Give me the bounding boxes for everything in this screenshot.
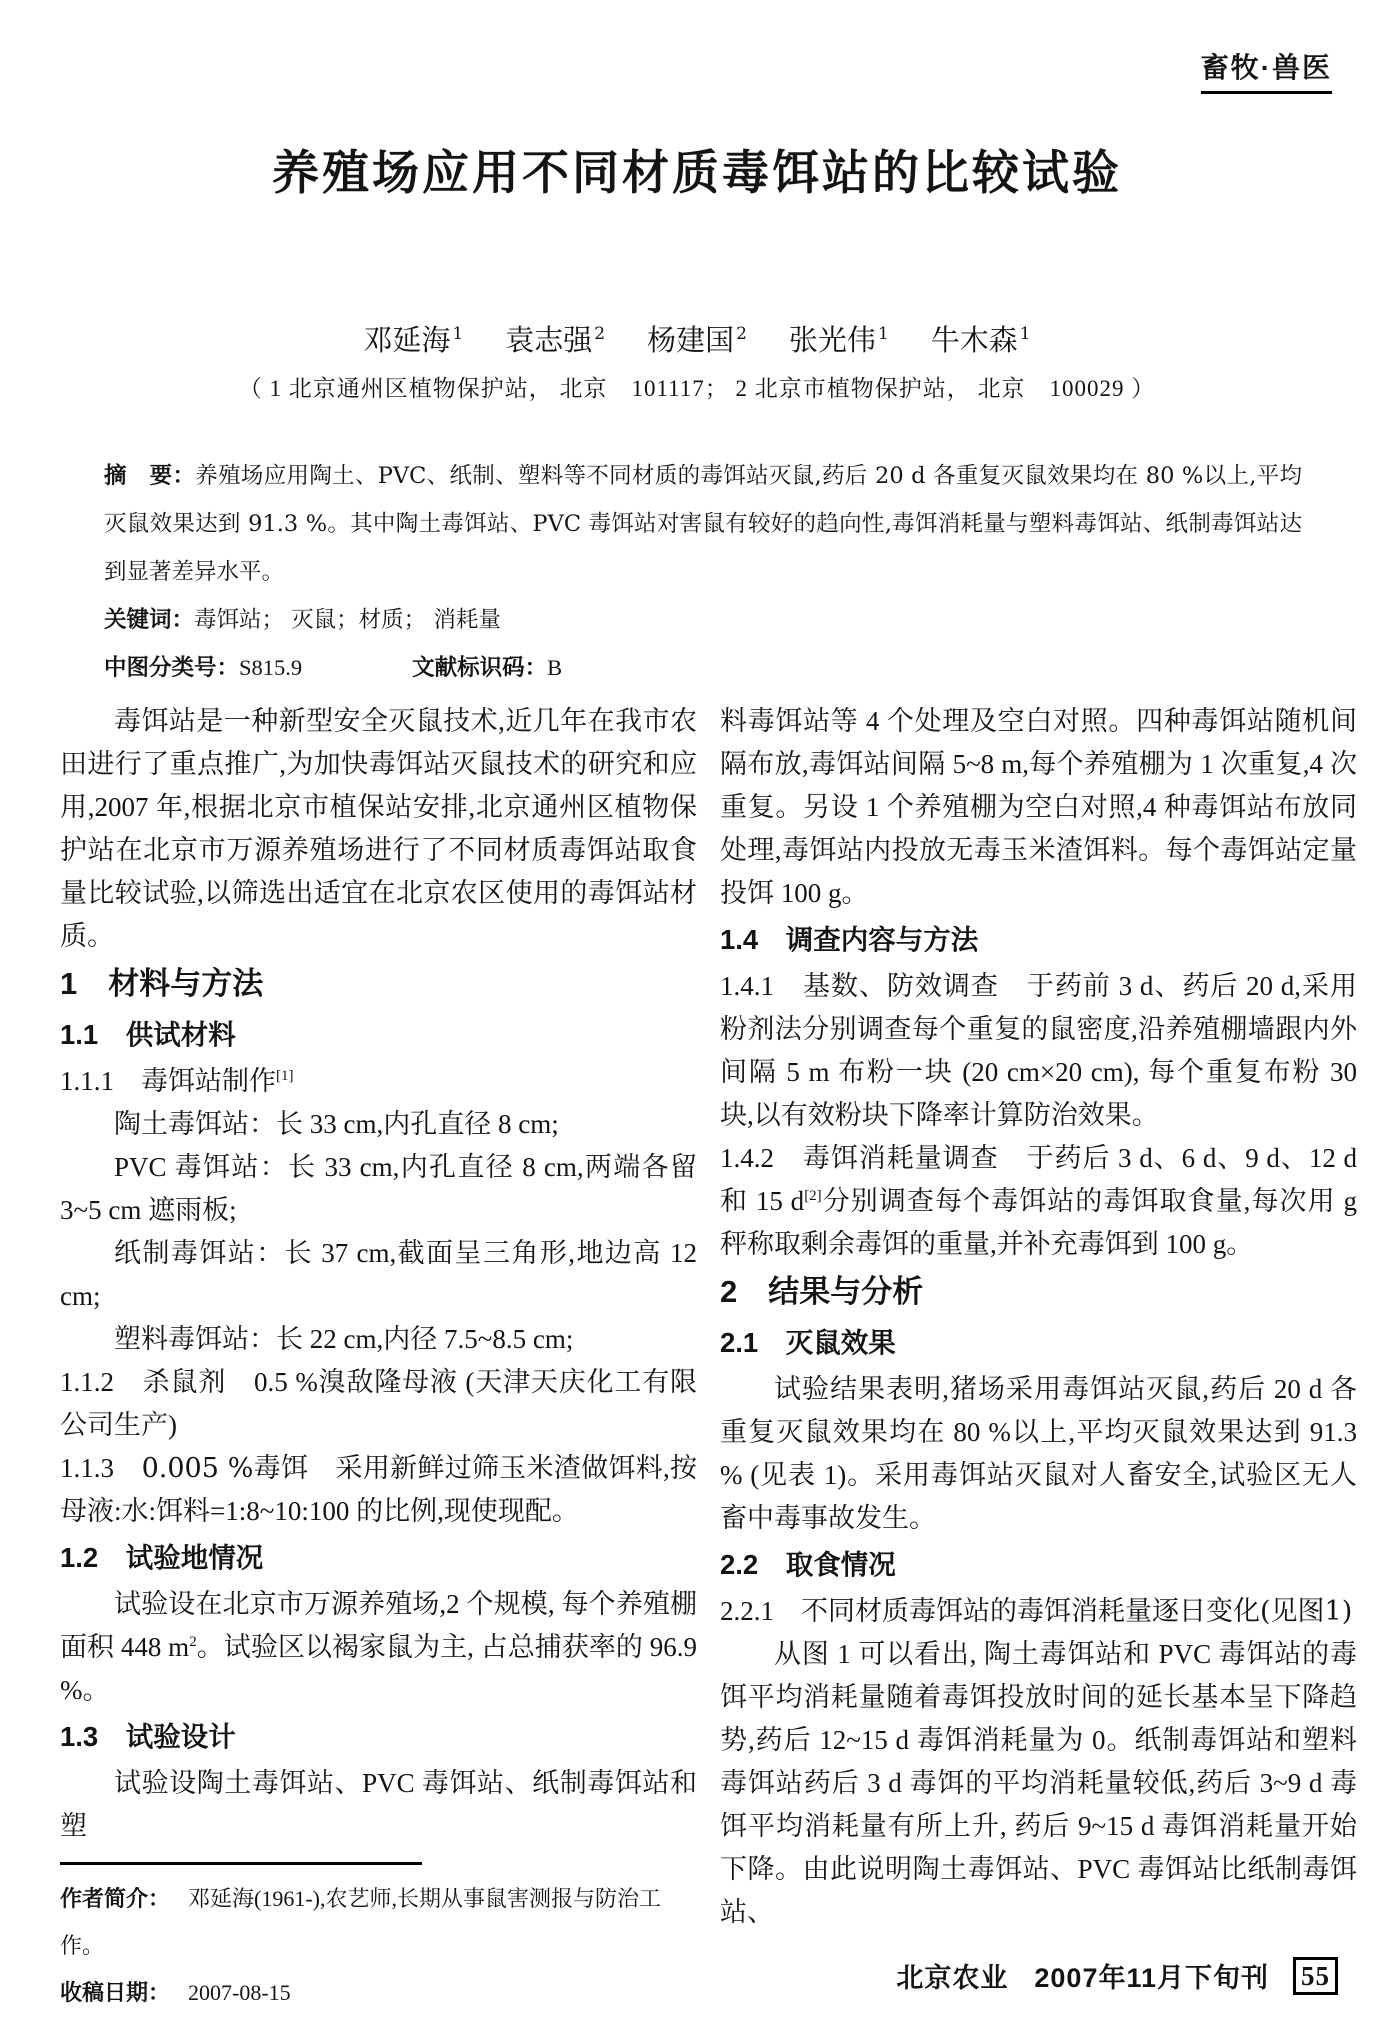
paragraph: 试验设陶土毒饵站、PVC 毒饵站、纸制毒饵站和塑 <box>60 1762 697 1848</box>
footnote-divider <box>60 1862 422 1865</box>
text-run: 基数、防效调查 <box>803 971 999 1002</box>
scanned-paper-page: 畜牧·兽医 养殖场应用不同材质毒饵站的比较试验 邓延海1袁志强2杨建国2张光伟1… <box>0 0 1394 2036</box>
keywords-line: 关键词：毒饵站； 灭鼠；材质； 消耗量 <box>104 596 1302 644</box>
text-run: 毒饵消耗量调查 <box>803 1143 999 1174</box>
section-heading: 1.2 试验地情况 <box>60 1533 697 1583</box>
author: 张光伟1 <box>789 323 889 357</box>
text-run: 试验结果表明,猪场采用毒饵站灭鼠,药后 20 d 各重复灭鼠效果均在 80 %以… <box>720 1374 1357 1533</box>
text-run: 2.2.1 <box>720 1596 801 1626</box>
left-column: 毒饵站是一种新型安全灭鼠技术,近几年在我市农田进行了重点推广,为加快毒饵站灭鼠技… <box>60 700 697 2016</box>
abstract-block: 摘 要：养殖场应用陶土、PVC、纸制、塑料等不同材质的毒饵站灭鼠,药后 20 d… <box>104 452 1302 692</box>
abstract-label: 摘 要： <box>104 463 195 488</box>
keywords-label: 关键词： <box>104 607 194 632</box>
author-affiliation-superscript: 2 <box>594 324 605 344</box>
text-run: 陶土毒饵站：长 33 cm,内孔直径 8 cm; <box>114 1109 559 1139</box>
text-run: 1.1 供试材料 <box>60 1019 236 1050</box>
text-run: 1.3 试验设计 <box>60 1721 236 1752</box>
doc-code-value: B <box>547 655 562 680</box>
journal-name: 北京农业 <box>896 1956 1008 1995</box>
clc-value: S815.9 <box>239 655 302 680</box>
reference-superscript: [2] <box>804 1188 822 1204</box>
section-heading: 1.3 试验设计 <box>60 1712 697 1762</box>
paragraph: 1.1.3 0.005 %毒饵 采用新鲜过筛玉米渣做饵料,按母液:水:饵料=1:… <box>60 1447 697 1533</box>
abstract-text: 养殖场应用陶土、PVC、纸制、塑料等不同材质的毒饵站灭鼠,药后 20 d 各重复… <box>104 463 1302 585</box>
text-run: 0.005 %毒饵 <box>142 1453 309 1484</box>
section-heading: 2.1 灭鼠效果 <box>720 1318 1357 1368</box>
abstract-paragraph: 摘 要：养殖场应用陶土、PVC、纸制、塑料等不同材质的毒饵站灭鼠,药后 20 d… <box>104 452 1302 596</box>
text-run: 1.1.1 <box>60 1066 141 1096</box>
author-affiliation-superscript: 2 <box>736 324 747 344</box>
paragraph: 纸制毒饵站：长 37 cm,截面呈三角形,地边高 12 cm; <box>60 1232 697 1318</box>
footnote-line: 作者简介：邓延海(1961-),农艺师,长期从事鼠害测报与防治工作。 <box>60 1875 697 1969</box>
clc-label: 中图分类号： <box>104 655 239 680</box>
paragraph: 塑料毒饵站：长 22 cm,内径 7.5~8.5 cm; <box>60 1318 697 1361</box>
author-affiliation-superscript: 1 <box>878 324 889 344</box>
text-run: 1 材料与方法 <box>60 966 263 1001</box>
text-run: 料毒饵站等 4 个处理及空白对照。四种毒饵站随机间隔布放,毒饵站间隔 5~8 m… <box>720 706 1357 908</box>
author: 牛木森1 <box>931 323 1031 357</box>
author: 杨建国2 <box>647 323 747 357</box>
body-columns: 毒饵站是一种新型安全灭鼠技术,近几年在我市农田进行了重点推广,为加快毒饵站灭鼠技… <box>60 700 1357 2016</box>
paragraph: 料毒饵站等 4 个处理及空白对照。四种毒饵站随机间隔布放,毒饵站间隔 5~8 m… <box>720 700 1357 915</box>
section-heading: 1.1 供试材料 <box>60 1010 697 1060</box>
section-heading: 2.2 取食情况 <box>720 1540 1357 1590</box>
paragraph: 1.4.2 毒饵消耗量调查 于药后 3 d、6 d、9 d、12 d 和 15 … <box>720 1137 1357 1266</box>
text-run: 不同材质毒饵站的毒饵消耗量逐日变化(见图1) <box>801 1596 1352 1627</box>
paragraph: 1.1.2 杀鼠剂 0.5 %溴敌隆母液 (天津天庆化工有限公司生产) <box>60 1361 697 1447</box>
section-heading: 1.4 调查内容与方法 <box>720 915 1357 965</box>
reference-superscript: [1] <box>276 1068 294 1084</box>
text-run: 2 结果与分析 <box>720 1274 923 1309</box>
classification-line: 中图分类号：S815.9文献标识码：B <box>104 644 1302 692</box>
page-number: 55 <box>1293 1957 1338 1995</box>
text-run: PVC 毒饵站：长 33 cm,内孔直径 8 cm,两端各留 3~5 cm 遮雨… <box>60 1152 697 1225</box>
text-run: 毒饵站制作 <box>141 1066 276 1097</box>
journal-footer: 北京农业 2007年11月下旬刊 55 <box>896 1956 1338 1995</box>
author-affiliation-superscript: 1 <box>452 324 463 344</box>
author-affiliation-superscript: 1 <box>1020 324 1031 344</box>
reference-superscript: 2 <box>189 1634 197 1650</box>
footnote-text: 2007-08-15 <box>188 1980 291 2005</box>
paragraph: 1.4.1 基数、防效调查 于药前 3 d、药后 20 d,采用粉剂法分别调查每… <box>720 965 1357 1137</box>
footnote-block: 作者简介：邓延海(1961-),农艺师,长期从事鼠害测报与防治工作。收稿日期：2… <box>60 1862 697 2016</box>
text-run: 试验设陶土毒饵站、PVC 毒饵站、纸制毒饵站和塑 <box>60 1768 697 1841</box>
text-run: 从图 1 可以看出, 陶土毒饵站和 PVC 毒饵站的毒饵平均消耗量随着毒饵投放时… <box>720 1639 1357 1927</box>
section-heading: 1 材料与方法 <box>60 958 697 1010</box>
section-heading: 2 结果与分析 <box>720 1266 1357 1318</box>
author: 邓延海1 <box>363 323 463 357</box>
footnote-line: 收稿日期：2007-08-15 <box>60 1969 697 2016</box>
paragraph: 试验设在北京市万源养殖场,2 个规模, 每个养殖棚面积 448 m2。试验区以褐… <box>60 1583 697 1712</box>
column-category-label: 畜牧·兽医 <box>1201 46 1332 94</box>
paragraph: PVC 毒饵站：长 33 cm,内孔直径 8 cm,两端各留 3~5 cm 遮雨… <box>60 1146 697 1232</box>
paragraph: 试验结果表明,猪场采用毒饵站灭鼠,药后 20 d 各重复灭鼠效果均在 80 %以… <box>720 1368 1357 1540</box>
paragraph: 1.1.1 毒饵站制作[1] <box>60 1060 697 1103</box>
text-run: 1.4 调查内容与方法 <box>720 924 978 955</box>
keywords-text: 毒饵站； 灭鼠；材质； 消耗量 <box>194 607 501 633</box>
text-run: 1.4.2 <box>720 1143 803 1173</box>
affiliation-line: （ 1 北京通州区植物保护站， 北京 101117； 2 北京市植物保护站， 北… <box>0 370 1394 403</box>
text-run: 2.1 灭鼠效果 <box>720 1327 896 1358</box>
paragraph: 2.2.1 不同材质毒饵站的毒饵消耗量逐日变化(见图1) <box>720 1590 1357 1633</box>
footnote-label: 收稿日期： <box>60 1980 170 2005</box>
text-run: 杀鼠剂 <box>143 1367 227 1398</box>
text-run: 1.2 试验地情况 <box>60 1542 263 1573</box>
right-column: 料毒饵站等 4 个处理及空白对照。四种毒饵站随机间隔布放,毒饵站间隔 5~8 m… <box>720 700 1357 2016</box>
paragraph: 从图 1 可以看出, 陶土毒饵站和 PVC 毒饵站的毒饵平均消耗量随着毒饵投放时… <box>720 1633 1357 1934</box>
text-run: 2.2 取食情况 <box>720 1549 896 1580</box>
paper-title: 养殖场应用不同材质毒饵站的比较试验 <box>0 136 1394 203</box>
text-run: 纸制毒饵站：长 37 cm,截面呈三角形,地边高 12 cm; <box>60 1238 697 1311</box>
text-run: 1.1.2 <box>60 1367 143 1397</box>
text-run: 毒饵站是一种新型安全灭鼠技术,近几年在我市农田进行了重点推广,为加快毒饵站灭鼠技… <box>60 706 697 951</box>
journal-issue: 2007年11月下旬刊 <box>1034 1956 1269 1995</box>
paragraph: 陶土毒饵站：长 33 cm,内孔直径 8 cm; <box>60 1103 697 1146</box>
author: 袁志强2 <box>505 323 605 357</box>
text-run: 1.1.3 <box>60 1453 142 1483</box>
footnote-label: 作者简介： <box>60 1886 170 1911</box>
paragraph: 毒饵站是一种新型安全灭鼠技术,近几年在我市农田进行了重点推广,为加快毒饵站灭鼠技… <box>60 700 697 958</box>
doc-code-label: 文献标识码： <box>412 655 547 680</box>
text-run: 塑料毒饵站：长 22 cm,内径 7.5~8.5 cm; <box>114 1324 573 1354</box>
author-list: 邓延海1袁志强2杨建国2张光伟1牛木森1 <box>0 318 1394 359</box>
text-run: 1.4.1 <box>720 971 803 1001</box>
